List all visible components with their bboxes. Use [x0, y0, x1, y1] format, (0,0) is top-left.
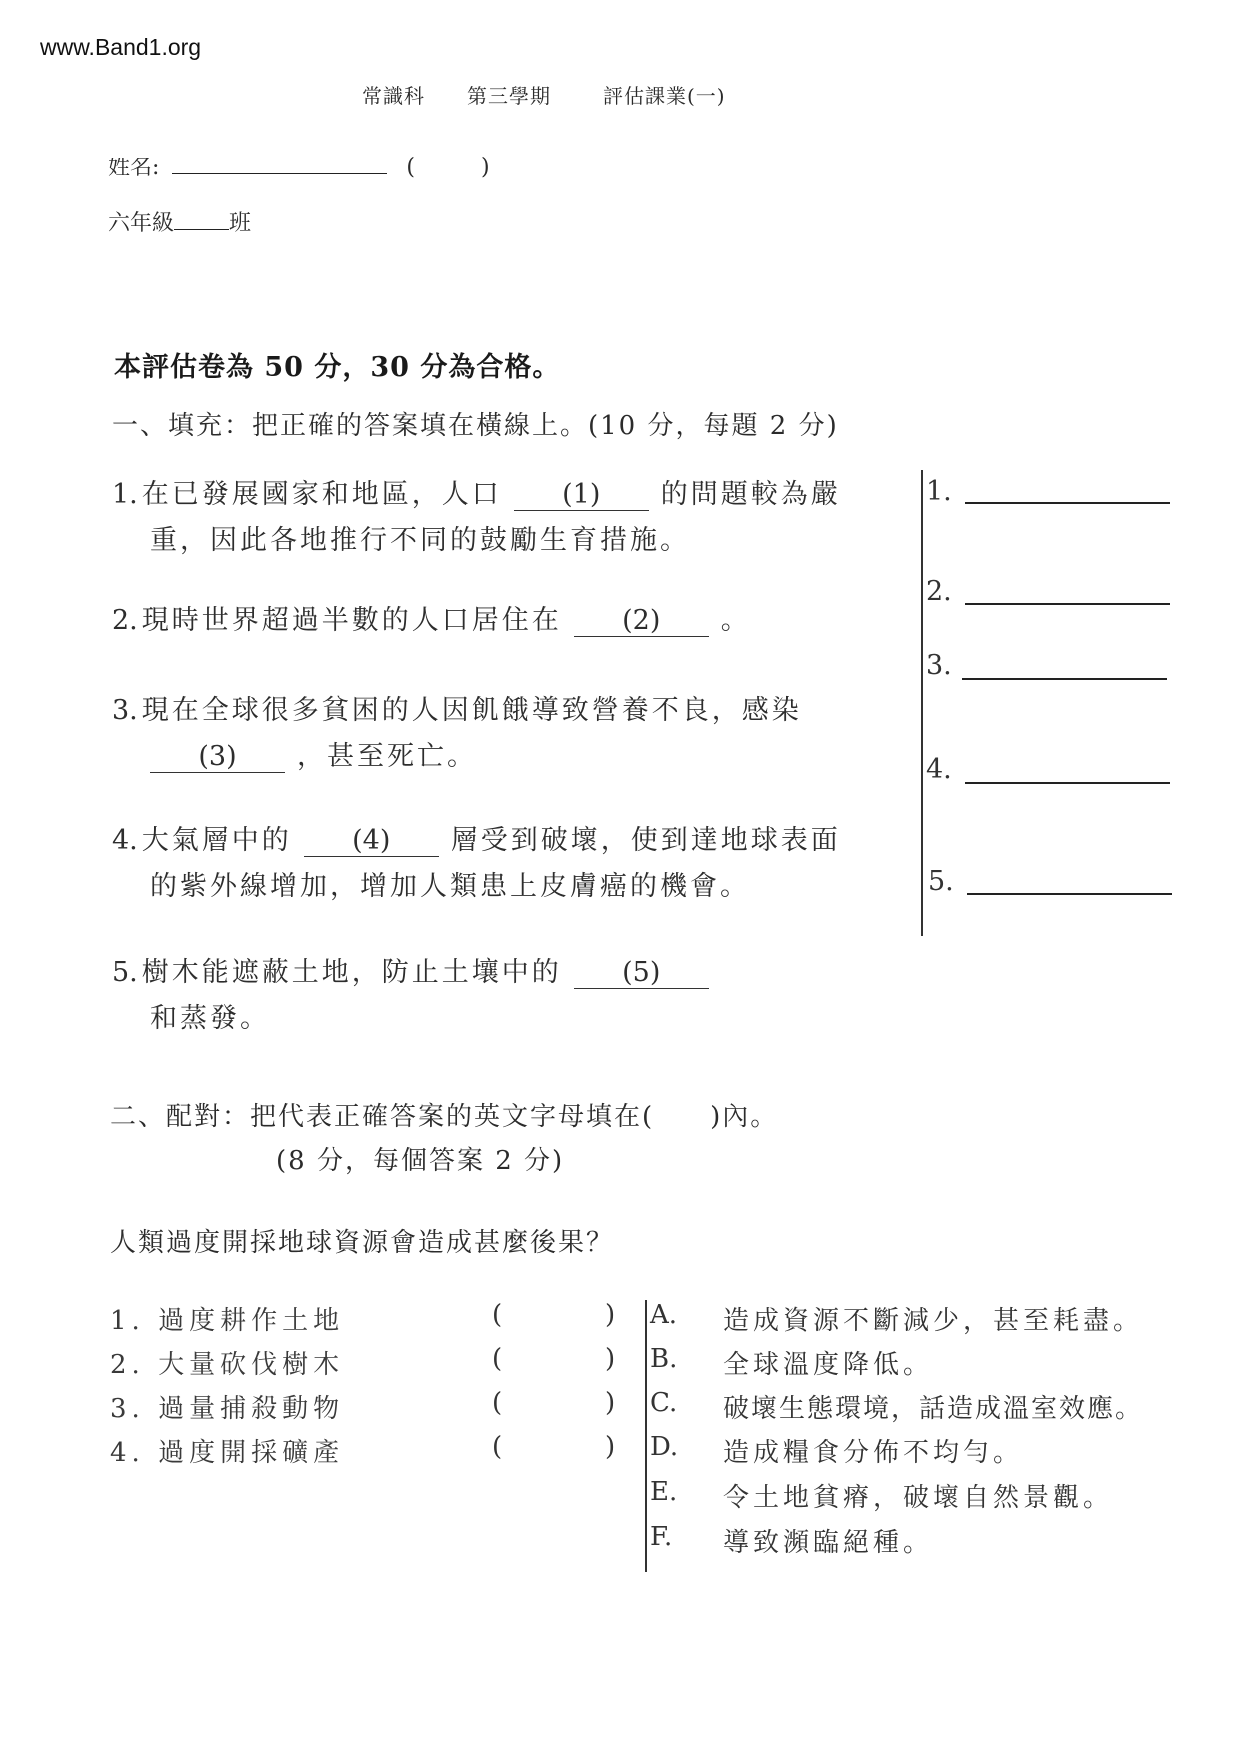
match-answer-open-2: (: [492, 1344, 502, 1374]
option-letter-d: D.: [650, 1432, 678, 1462]
match-answer-input-2[interactable]: [505, 1346, 600, 1378]
answer-label-5: 5.: [928, 866, 954, 897]
class-number-close-paren: ): [481, 155, 490, 180]
question-text: 在已發展國家和地區，人口: [142, 479, 502, 510]
fill-question-4: 4.大氣層中的(4)層受到破壞，使到達地球表面 的紫外線增加，增加人類患上皮膚癌…: [112, 818, 841, 910]
answer-label-2: 2.: [926, 576, 952, 607]
question-text-after: ，甚至死亡。: [297, 741, 477, 772]
item-number: 4.: [110, 1438, 145, 1468]
question-text: 樹木能遮蔽土地，防止土壤中的: [142, 957, 562, 988]
option-letter-b: B.: [650, 1344, 677, 1374]
class-input-line[interactable]: [174, 228, 229, 230]
site-watermark: www.Band1.org: [40, 34, 201, 61]
subject-title: 常識科: [362, 80, 425, 109]
question-continuation: 重，因此各地推行不同的鼓勵生育措施。: [112, 518, 841, 564]
fill-question-1: 1.在已發展國家和地區，人口(1)的問題較為嚴 重，因此各地推行不同的鼓勵生育措…: [112, 472, 841, 564]
match-answer-close-1: ): [605, 1300, 615, 1330]
fill-question-2: 2.現時世界超過半數的人口居住在(2)。: [112, 598, 751, 644]
scoring-note: 本評估卷為 50 分，30 分為合格。: [114, 345, 560, 384]
question-number: 4.: [112, 825, 138, 856]
match-answer-open-4: (: [492, 1432, 502, 1462]
answer-label-1: 1.: [926, 476, 952, 507]
question-text-after: 。: [721, 605, 751, 636]
item-number: 1.: [110, 1306, 145, 1336]
fill-question-3: 3.現在全球很多貧困的人因飢餓導致營養不良，感染 (3)，甚至死亡。: [112, 688, 802, 780]
option-letter-e: E.: [650, 1477, 677, 1507]
question-number: 5.: [112, 957, 138, 988]
name-label: 姓名:: [108, 150, 159, 181]
match-answer-open-3: (: [492, 1388, 502, 1418]
question-number: 3.: [112, 695, 138, 726]
matching-item-3: 3. 過量捕殺動物: [110, 1388, 344, 1425]
question-continuation: 和蒸發。: [112, 996, 721, 1042]
fill-question-5: 5.樹木能遮蔽土地，防止土壤中的(5) 和蒸發。: [112, 950, 721, 1042]
question-text: 現在全球很多貧困的人因飢餓導致營養不良，感染: [142, 695, 802, 726]
item-number: 3.: [110, 1394, 145, 1424]
name-input-line[interactable]: [172, 172, 387, 174]
class-suffix-label: 班: [229, 211, 251, 236]
section2-heading: 二、配對：把代表正確答案的英文字母填在( )內。: [110, 1096, 778, 1133]
matching-item-4: 4. 過度開採礦產: [110, 1432, 344, 1469]
option-text-f: 導致瀕臨絕種。: [723, 1522, 933, 1559]
option-text-d: 造成糧食分佈不均勻。: [723, 1432, 1023, 1469]
section2-subheading: (8 分，每個答案 2 分): [276, 1140, 564, 1177]
match-answer-close-3: ): [605, 1388, 615, 1418]
question-continuation: 的紫外線增加，增加人類患上皮膚癌的機會。: [112, 864, 841, 910]
question-text-after: 層受到破壞，使到達地球表面: [451, 825, 841, 856]
match-answer-open-1: (: [492, 1300, 502, 1330]
answer-input-5[interactable]: [967, 893, 1172, 895]
matching-item-2: 2. 大量砍伐樹木: [110, 1344, 344, 1381]
answer-label-4: 4.: [926, 754, 952, 785]
question-blank-3: (3): [150, 742, 285, 773]
name-field-row: 姓名: ( ): [108, 150, 490, 181]
answer-input-2[interactable]: [965, 603, 1170, 605]
option-text-e: 令土地貧瘠，破壞自然景觀。: [723, 1477, 1113, 1514]
matching-question: 人類過度開採地球資源會造成甚麼後果？: [110, 1222, 614, 1259]
question-blank-1: (1): [514, 480, 649, 511]
item-number: 2.: [110, 1350, 145, 1380]
class-number-open-paren: (: [406, 155, 415, 180]
answer-column-divider: [921, 470, 923, 936]
answer-input-4[interactable]: [965, 782, 1170, 784]
item-text: 過度耕作土地: [158, 1306, 344, 1336]
match-answer-input-3[interactable]: [505, 1390, 600, 1422]
item-text: 過量捕殺動物: [158, 1394, 344, 1424]
question-text: 現時世界超過半數的人口居住在: [142, 605, 562, 636]
option-text-c: 破壞生態環境，話造成溫室效應。: [723, 1388, 1143, 1425]
assignment-title: 評估課業(一): [603, 80, 726, 109]
question-blank-2: (2): [574, 606, 709, 637]
question-number: 1.: [112, 479, 138, 510]
item-text: 過度開採礦產: [158, 1438, 344, 1468]
option-text-a: 造成資源不斷減少，甚至耗盡。: [723, 1300, 1143, 1337]
options-column-divider: [645, 1300, 647, 1572]
option-text-b: 全球溫度降低。: [723, 1344, 933, 1381]
term-title: 第三學期: [467, 80, 551, 109]
match-answer-close-2: ): [605, 1344, 615, 1374]
question-number: 2.: [112, 605, 138, 636]
question-text-after: 的問題較為嚴: [661, 479, 841, 510]
match-answer-input-4[interactable]: [505, 1434, 600, 1466]
grade-class-row: 六年級班: [108, 206, 251, 237]
item-text: 大量砍伐樹木: [158, 1350, 344, 1380]
grade-label: 六年級: [108, 211, 174, 236]
match-answer-close-4: ): [605, 1432, 615, 1462]
answer-input-1[interactable]: [965, 502, 1170, 504]
question-blank-4: (4): [304, 826, 439, 857]
option-letter-f: F.: [650, 1522, 672, 1552]
question-text: 大氣層中的: [142, 825, 292, 856]
section1-heading: 一、填充：把正確的答案填在橫線上。(10 分，每題 2 分): [112, 405, 839, 442]
question-blank-5: (5): [574, 958, 709, 989]
matching-item-1: 1. 過度耕作土地: [110, 1300, 344, 1337]
match-answer-input-1[interactable]: [505, 1302, 600, 1334]
option-letter-c: C.: [650, 1388, 677, 1418]
option-letter-a: A.: [650, 1300, 677, 1330]
answer-label-3: 3.: [926, 650, 952, 681]
answer-input-3[interactable]: [962, 678, 1167, 680]
